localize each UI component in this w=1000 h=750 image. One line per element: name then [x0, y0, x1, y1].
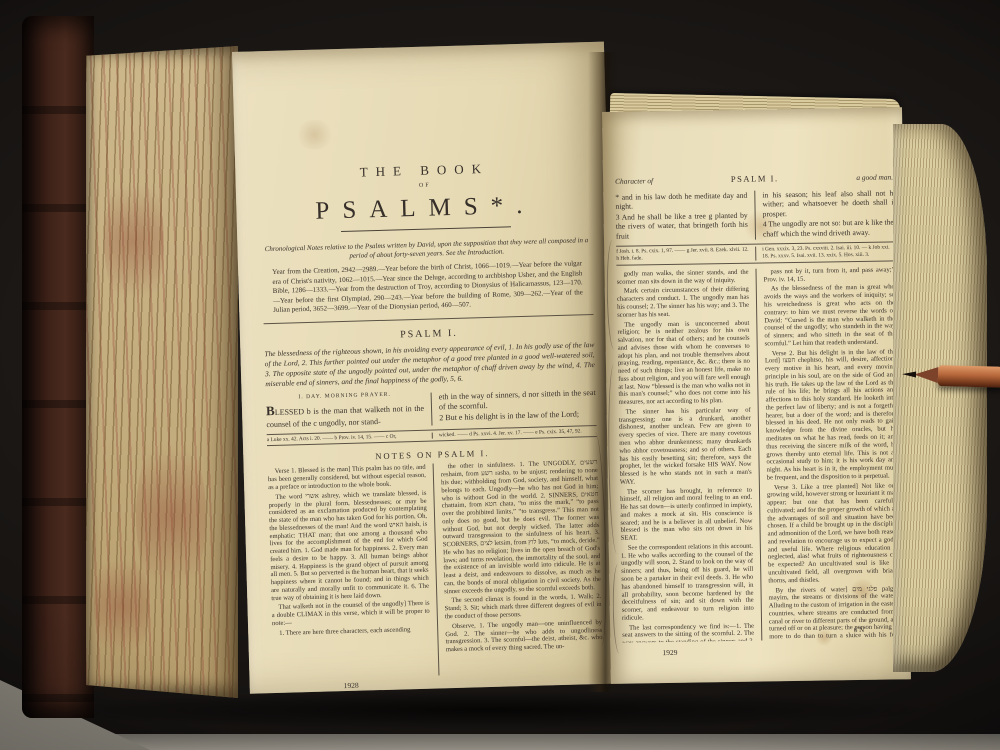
commentary-paragraph: As the blessedness of the man is great w… — [764, 284, 896, 348]
verse-columns: I. DAY. MORNING PRAYER. BLESSED b is the… — [266, 386, 597, 429]
notes-paragraph: the other in sinfulness. 1. The UNGODLY,… — [441, 459, 602, 595]
commentary-paragraph: The ungodly man is unconcerned about rel… — [617, 319, 750, 406]
commentary-paragraph: Mark certain circumstances of their diff… — [617, 286, 749, 319]
commentary-paragraph: The sinner has his particular way of tra… — [619, 407, 752, 487]
commentary-columns: godly man walks, the sinner stands, and … — [616, 266, 900, 642]
commentary-paragraph: Verse 3. Like a tree planted] Not like o… — [767, 482, 900, 585]
running-header-left: Character of — [615, 176, 653, 186]
notes-paragraph: The word אשרי ashrey, which we translate… — [268, 489, 429, 602]
verse-3-continued: in his season; his leaf also shall not h… — [762, 188, 893, 219]
footnote-row: f Josh. i. 8. Ps. cxix. 1, 97. —— g Jer.… — [616, 242, 894, 266]
page-number-right: 1929 — [662, 648, 677, 657]
commentary-paragraph: Verse 2. But his delight is in the law o… — [765, 348, 898, 482]
verse-column-2: eth in the way of sinners, d nor sitteth… — [431, 388, 597, 425]
marble-blotch — [94, 546, 149, 666]
chronological-notes-years: Year from the Creation, 2942—2989.—Year … — [262, 259, 593, 315]
printer-signature: 6 N — [854, 626, 864, 634]
book-spine-leather — [22, 16, 94, 718]
footnotes-left: f Josh. i. 8. Ps. cxix. 1, 97. —— g Jer.… — [616, 247, 755, 263]
copper-pen — [938, 365, 1000, 388]
commentary-paragraph: The scorner has brought, in reference to… — [620, 486, 753, 542]
book-title-psalms: PSALMS*. — [260, 190, 591, 227]
marble-blotch — [104, 166, 164, 316]
commentary-column-2: pass not by it, turn from it, and pass a… — [755, 266, 900, 640]
left-page: THE BOOK OF PSALMS*. Chronological Notes… — [232, 42, 622, 694]
verse-column-1: * and in his law doth he meditate day an… — [615, 191, 755, 243]
footnotes-right: i Gen. xxxix. 3, 23. Ps. cxxviii. 2. Isa… — [755, 245, 894, 261]
verse-1-text: LESSED b is the man that walketh not in … — [266, 404, 424, 429]
verse-columns: * and in his law doth he meditate day an… — [615, 186, 894, 242]
notes-paragraph: The second climax is found in the words,… — [444, 593, 602, 621]
right-page: Character of PSALM I. a good man. * and … — [602, 107, 911, 684]
psalm-summary: The blessedness of the righteous shown, … — [264, 340, 595, 388]
notes-paragraph: 1. There are here three characters, each… — [272, 625, 430, 637]
notes-paragraph: Observe, 1. The ungodly man—one uninflue… — [445, 619, 603, 654]
marbled-fore-edge — [86, 46, 238, 698]
marble-blotch — [136, 426, 206, 606]
photo-of-open-book: THE BOOK OF PSALMS*. Chronological Notes… — [0, 0, 1000, 750]
notes-column-2: the other in sinfulness. 1. The UNGODLY,… — [433, 459, 604, 676]
footnotes-left: a Luke xx. 42. Acts i. 20. —— b Prov. iv… — [267, 432, 432, 443]
running-header: Character of PSALM I. a good man. — [615, 171, 893, 185]
verse-4-text: 4 The ungodly are not so: but are k like… — [763, 218, 894, 239]
title-rule — [341, 226, 511, 232]
notes-column-1: Verse 1. Blessed is the man] This psalm … — [268, 464, 439, 681]
footnotes-right: wicked. —— d Ps. xxvi. 4. Jer. xv. 17. —… — [432, 428, 597, 439]
commentary-paragraph: The last correspondency we find is:—1. T… — [622, 622, 755, 642]
pen-tip-cone — [914, 366, 938, 383]
verse-3-text: 3 And he shall be like a tree g planted … — [616, 211, 748, 242]
running-header-right: a good man. — [856, 172, 893, 182]
book-shadow — [40, 690, 940, 730]
running-header-center: PSALM I. — [731, 173, 779, 184]
commentary-column-1: godly man walks, the sinner stands, and … — [616, 269, 761, 643]
commentary-paragraph: See the correspondent relations in this … — [621, 543, 754, 623]
chronological-notes-intro: Chronological Notes relative to the Psal… — [261, 236, 591, 263]
verse-column-1: I. DAY. MORNING PRAYER. BLESSED b is the… — [266, 391, 432, 430]
commentary-paragraph: pass not by it, turn from it, and pass a… — [763, 266, 894, 284]
section-rule — [264, 314, 594, 324]
page-stack-right-edge — [893, 124, 987, 672]
notes-paragraph: Verse 1. Blessed is the man] This psalm … — [268, 464, 427, 492]
verse-2-continued: * and in his law doth he meditate day an… — [615, 191, 747, 212]
verse-column-2: in his season; his leaf also shall not h… — [754, 188, 894, 240]
table-surface — [0, 734, 1000, 750]
foxing-stain — [294, 119, 335, 150]
notes-paragraph: That walketh not in the counsel of the u… — [271, 600, 430, 628]
pen-tip-point — [902, 371, 916, 377]
commentary-paragraph: By the rivers of water] פלגי מים palgey … — [768, 585, 900, 643]
verse-drop-cap: B — [266, 403, 275, 418]
notes-columns: Verse 1. Blessed is the man] This psalm … — [268, 459, 604, 680]
commentary-paragraph: godly man walks, the sinner stands, and … — [616, 269, 748, 287]
